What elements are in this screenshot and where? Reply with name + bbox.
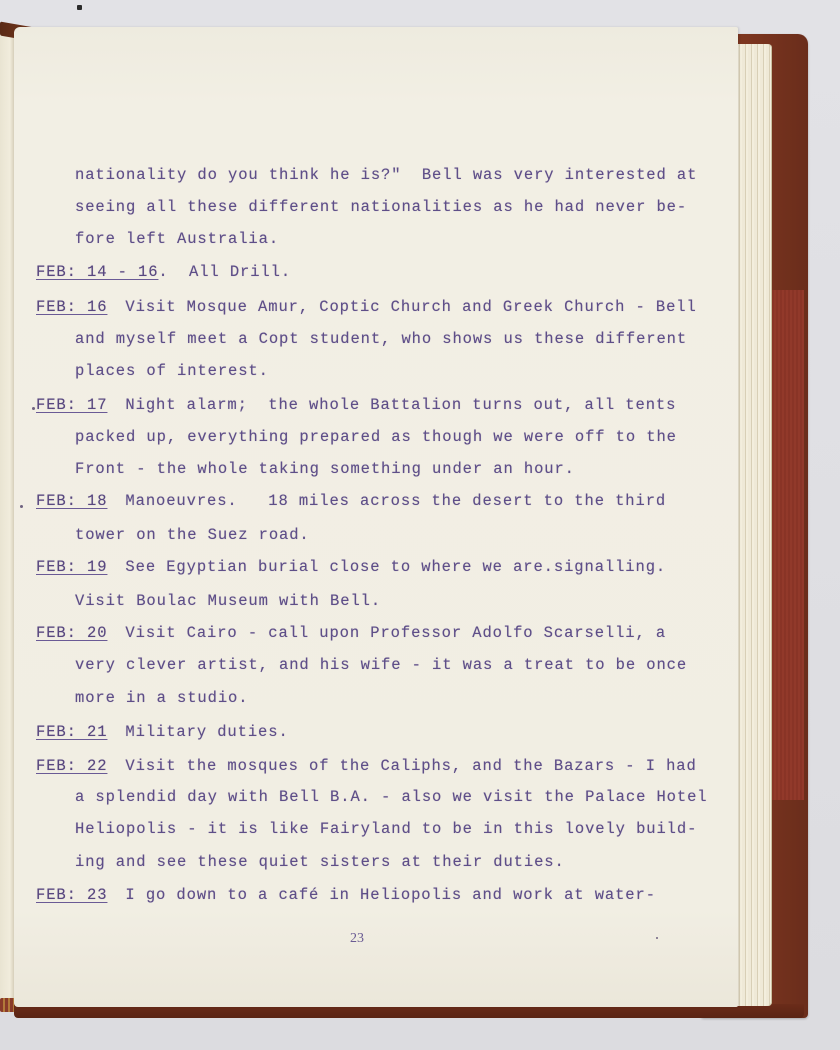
entry-date: FEB: 17 [36,396,107,414]
entry-date: FEB: 19 [36,558,107,576]
entry-date: FEB: 18 [36,492,107,510]
diary-page: nationality do you think he is?" Bell wa… [14,27,738,1007]
entry-date: FEB: 16 [36,298,107,316]
margin-mark [20,505,23,508]
text-line: and myself meet a Copt student, who show… [75,330,687,348]
margin-mark [32,407,35,410]
diary-entry-feb-20: FEB: 20Visit Cairo - call upon Professor… [36,624,666,642]
text-line: packed up, everything prepared as though… [75,428,677,446]
margin-mark [656,937,658,939]
diary-entry-feb-19: FEB: 19See Egyptian burial close to wher… [36,558,666,576]
entry-date: FEB: 23 [36,886,107,904]
text-line: Visit Boulac Museum with Bell. [75,592,381,610]
text-line: ing and see these quiet sisters at their… [75,853,565,871]
entry-date: FEB: 22 [36,757,107,775]
text-line: Heliopolis - it is like Fairyland to be … [75,820,697,838]
entry-date: FEB: 20 [36,624,107,642]
diary-entry-feb-21: FEB: 21Military duties. [36,723,289,741]
text-line: very clever artist, and his wife - it wa… [75,656,687,674]
entry-date: FEB: 14 - 16 [36,263,158,281]
text-line: tower on the Suez road. [75,526,310,544]
entry-date: FEB: 21 [36,723,107,741]
stray-mark [77,5,82,10]
page-block-edge [736,44,772,1006]
text-line: a splendid day with Bell B.A. - also we … [75,788,708,806]
diary-entry-feb-14-16: FEB: 14 - 16. All Drill. [36,263,291,281]
cover-cloth-band [768,290,804,800]
text-line: places of interest. [75,362,269,380]
page-text-area: nationality do you think he is?" Bell wa… [14,27,738,1007]
text-line: Front - the whole taking something under… [75,460,575,478]
diary-entry-feb-18: FEB: 18Manoeuvres. 18 miles across the d… [36,492,666,510]
text-line: fore left Australia. [75,230,279,248]
diary-entry-feb-23: FEB: 23I go down to a café in Heliopolis… [36,886,656,904]
page-number: 23 [350,931,364,947]
diary-entry-feb-16: FEB: 16Visit Mosque Amur, Coptic Church … [36,298,697,316]
text-line: nationality do you think he is?" Bell wa… [75,166,697,184]
text-line: more in a studio. [75,689,248,707]
diary-entry-feb-17: FEB: 17Night alarm; the whole Battalion … [36,396,676,414]
diary-entry-feb-22: FEB: 22Visit the mosques of the Caliphs,… [36,757,697,775]
facing-page-edge [0,30,15,1010]
text-line: seeing all these different nationalities… [75,198,687,216]
